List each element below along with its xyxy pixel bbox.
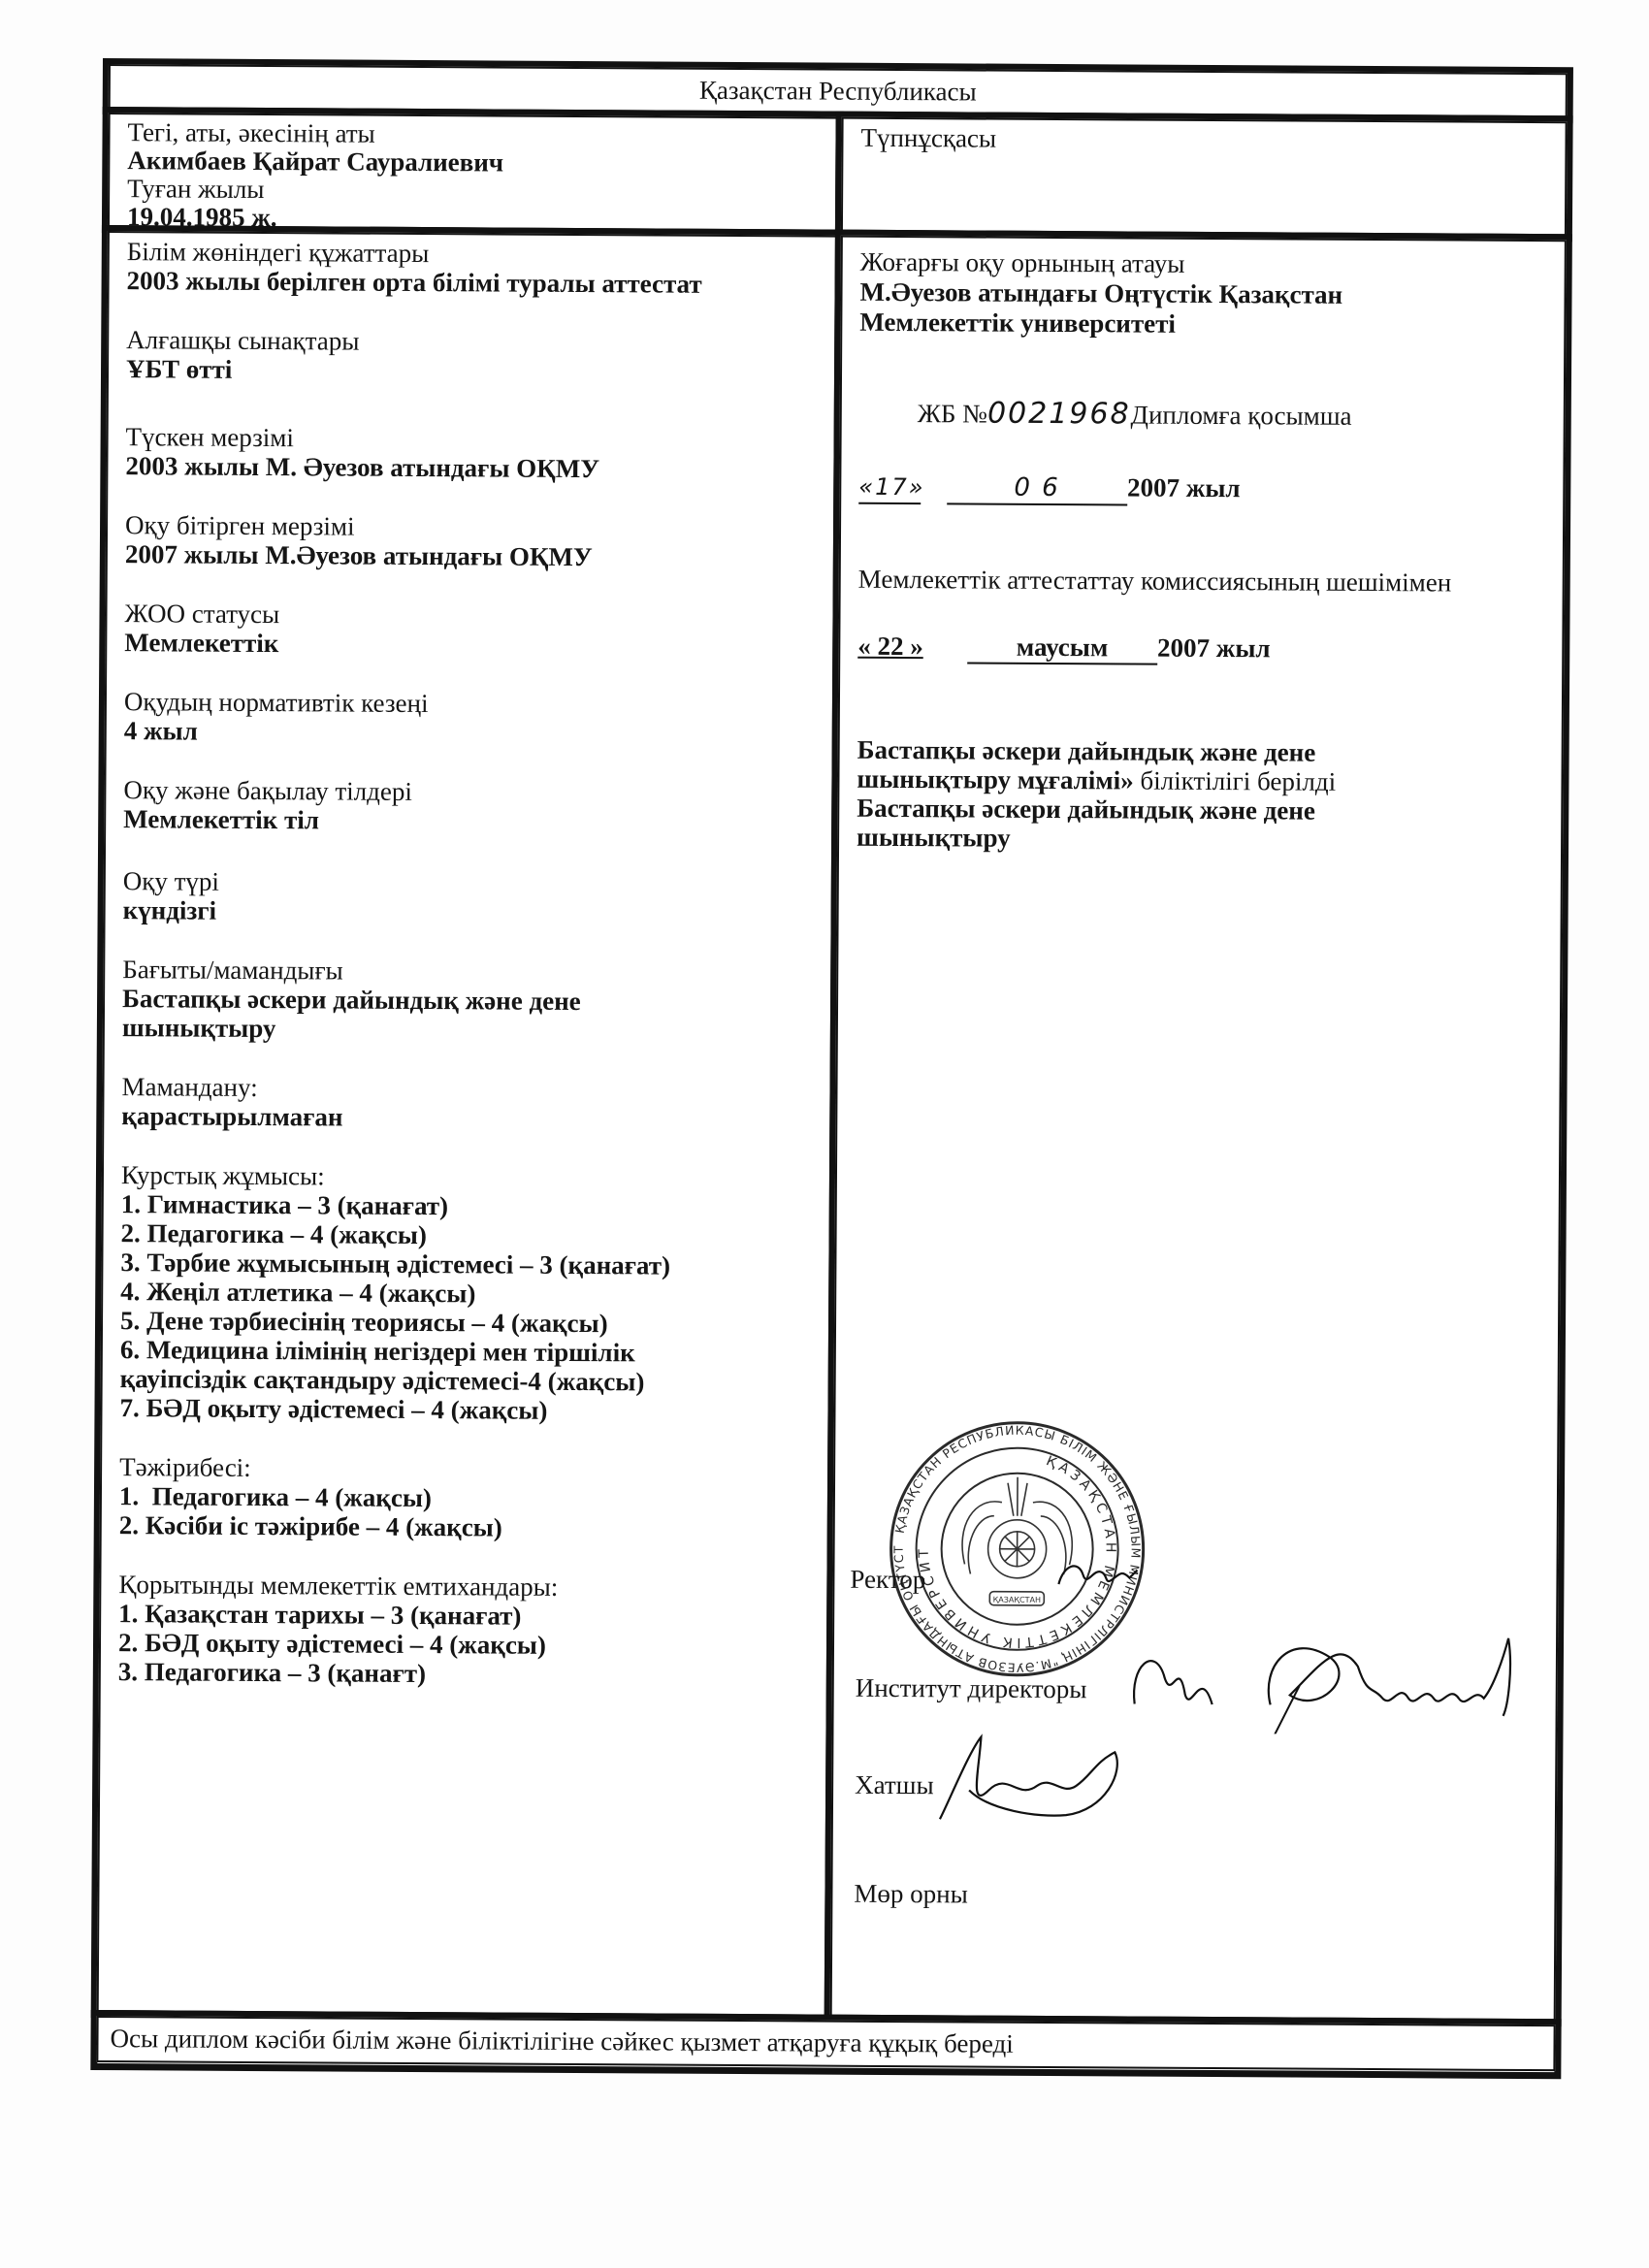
- university-label: Жоғарғы оқу орнының атауы: [860, 247, 1549, 281]
- field-languages: Оқу және бақылау тілдері Мемлекеттік тіл: [123, 775, 816, 837]
- practice-section: Тәжірибесі: 1. Педагогика – 4 (жақсы) 2.…: [119, 1452, 813, 1543]
- field-entrance-exams: Алғашқы сынақтары ҰБТ өтті: [126, 325, 819, 387]
- field-documents: Білім жөніндегі құжаттары 2003 жылы бері…: [127, 237, 820, 299]
- secretary-signature-icon: [930, 1732, 1145, 1830]
- qualification-specialty: Бастапқы әскери дайындық және дене шынық…: [857, 794, 1400, 855]
- coursework-item: 7. БӘД оқыту әдістемесі – 4 (жақсы): [119, 1393, 812, 1426]
- diploma-series: ЖБ №: [918, 399, 987, 428]
- issue-day: «17»: [858, 472, 921, 504]
- footer-box: Осы диплом кәсіби білім және біліктілігі…: [96, 2016, 1555, 2071]
- field-specialization: Мамандану: қарастырылмаған: [121, 1072, 814, 1134]
- field-graduation: Оқу бітірген мерзімі 2007 жылы М.Әуезов …: [125, 510, 818, 572]
- diploma-cell: Жоғарғы оқу орнының атауы М.Әуезов атынд…: [830, 236, 1567, 2022]
- coursework-item: 4. Жеңіл атлетика – 4 (жақсы): [120, 1277, 813, 1310]
- issue-year: 2007 жыл: [1127, 472, 1241, 502]
- director-signature-icon: [1124, 1626, 1562, 1735]
- diploma-number-line: ЖБ №0021968Дипломға қосымша: [859, 398, 1548, 433]
- original-cell: Түпнұсқасы: [841, 117, 1568, 237]
- field-label: ЖОО статусы: [124, 599, 817, 632]
- diploma-supplement: Қазақстан Республикасы Тегі, аты, әкесін…: [90, 58, 1573, 2153]
- field-value: қарастырылмаған: [121, 1101, 814, 1134]
- diploma-suffix: Дипломға қосымша: [1131, 400, 1352, 430]
- practice-label: Тәжірибесі:: [119, 1452, 812, 1485]
- field-value: Мемлекеттік: [124, 628, 817, 661]
- education-cell: Білім жөніндегі құжаттары 2003 жылы бері…: [97, 231, 837, 2017]
- commission-label: Мемлекеттік аттестаттау комиссиясының ше…: [858, 565, 1547, 599]
- coursework-item: 1. Гимнастика – 3 (қанағат): [121, 1189, 814, 1222]
- secretary-label: Хатшы: [855, 1770, 934, 1800]
- field-label: Мамандану:: [121, 1072, 814, 1105]
- university-seal-icon: ҚАЗАҚСТАН РЕСПУБЛИКАСЫ БІЛІМ ЖӘНЕ ҒЫЛЫМ …: [887, 1418, 1148, 1680]
- qualification: Бастапқы әскери дайындық және дене шынық…: [857, 735, 1420, 856]
- coursework-label: Курстық жұмысы:: [121, 1160, 814, 1193]
- identity-cell: Тегі, аты, әкесінің аты Акимбаев Қайрат …: [108, 113, 838, 232]
- university-value: М.Әуезов атындағы Оңтүстік Қазақстан Мем…: [859, 277, 1441, 341]
- field-label: Бағыты/мамандығы: [122, 955, 815, 988]
- seal-place-label: Мөр орны: [854, 1879, 968, 1910]
- rector-signature-icon: [1053, 1550, 1141, 1600]
- field-value: ҰБТ өтті: [126, 354, 819, 387]
- practice-item: 1. Педагогика – 4 (жақсы): [119, 1481, 812, 1514]
- coursework-item: 5. Дене тәрбиесінің теориясы – 4 (жақсы): [120, 1306, 813, 1339]
- coursework-item: 3. Тәрбие жұмысының әдістемесі – 3 (қана…: [120, 1247, 813, 1280]
- coursework-section: Курстық жұмысы: 1. Гимнастика – 3 (қанағ…: [119, 1160, 814, 1426]
- field-value: 2003 жылы М. Әуезов атындағы ОҚМУ: [125, 451, 818, 484]
- institute-director-label: Институт директоры: [856, 1673, 1087, 1704]
- field-value: Мемлекеттік тіл: [123, 804, 816, 837]
- svg-text:ҚАЗАҚСТАН: ҚАЗАҚСТАН: [993, 1596, 1041, 1604]
- field-label: Білім жөніндегі құжаттары: [127, 237, 820, 270]
- field-label: Оқу және бақылау тілдері: [123, 775, 816, 808]
- field-university-status: ЖОО статусы Мемлекеттік: [124, 599, 817, 661]
- field-normative-period: Оқудың нормативтік кезеңі 4 жыл: [124, 687, 817, 749]
- rector-label: Ректор: [850, 1565, 925, 1595]
- original-label: Түпнұсқасы: [860, 123, 1549, 157]
- final-exam-item: 3. Педагогика – 3 (қанағт): [118, 1657, 811, 1690]
- country-title: Қазақстан Республикасы: [111, 72, 1566, 111]
- field-value: 2003 жылы берілген орта білімі туралы ат…: [127, 266, 820, 299]
- coursework-item: 6. Медицина ілімінің негіздері мен тірші…: [120, 1335, 741, 1397]
- field-specialty: Бағыты/мамандығы Бастапқы әскери дайынды…: [122, 955, 816, 1046]
- field-value: 4 жыл: [124, 716, 817, 749]
- diploma-number: 0021968: [987, 397, 1131, 432]
- issue-month: 0 6: [947, 472, 1127, 505]
- field-admission: Түскен мерзімі 2003 жылы М. Әуезов атынд…: [125, 422, 818, 484]
- field-label: Оқудың нормативтік кезеңі: [124, 687, 817, 720]
- final-exam-item: 1. Қазақстан тарихы – 3 (қанағат): [118, 1599, 811, 1632]
- field-label: Оқу бітірген мерзімі: [125, 510, 818, 543]
- footer-note: Осы диплом кәсіби білім және біліктілігі…: [110, 2024, 1013, 2059]
- commission-year: 2007 жыл: [1157, 633, 1271, 664]
- field-value: 2007 жылы М.Әуезов атындағы ОҚМУ: [125, 539, 818, 572]
- commission-date-line: « 22 » маусым2007 жыл: [857, 632, 1546, 667]
- field-value: күндізгі: [123, 895, 816, 928]
- field-label: Оқу түрі: [123, 866, 816, 899]
- coursework-item: 2. Педагогика – 4 (жақсы): [121, 1218, 814, 1251]
- field-label: Түскен мерзімі: [126, 422, 819, 455]
- field-value: Бастапқы әскери дайындық және дене шынық…: [122, 984, 665, 1045]
- final-exams-section: Қорытынды мемлекеттік емтихандары: 1. Қа…: [118, 1570, 812, 1690]
- field-study-form: Оқу түрі күндізгі: [123, 866, 816, 928]
- qualification-awarded: біліктілігі берілді: [1134, 766, 1337, 796]
- commission-month: маусым: [967, 632, 1157, 664]
- practice-item: 2. Кәсіби іс тәжірибе – 4 (жақсы): [119, 1510, 812, 1543]
- issue-date-line: «17» 0 62007 жыл: [858, 471, 1547, 508]
- field-label: Алғашқы сынақтары: [126, 325, 819, 358]
- final-exam-item: 2. БӘД оқыту әдістемесі – 4 (жақсы): [118, 1628, 811, 1661]
- commission-day: « 22 »: [857, 632, 935, 662]
- final-exams-label: Қорытынды мемлекеттік емтихандары:: [118, 1570, 811, 1603]
